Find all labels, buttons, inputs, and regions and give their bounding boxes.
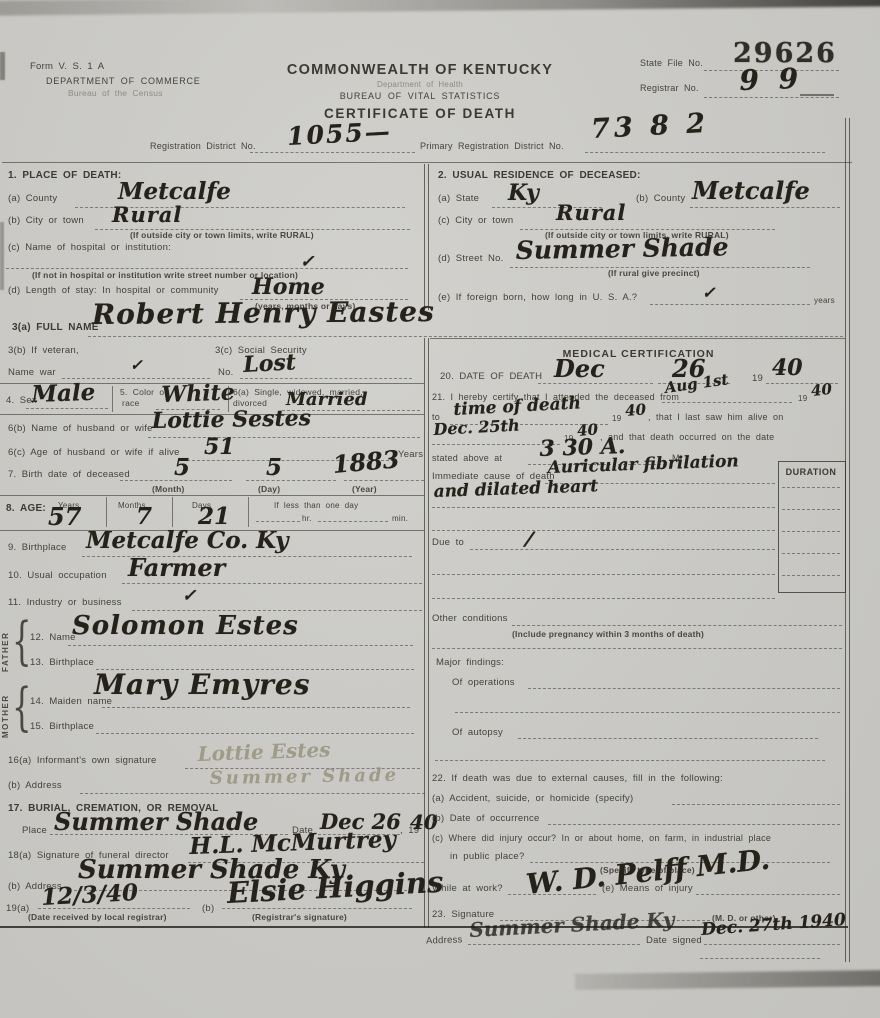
color-race-value: White: [161, 379, 235, 408]
birth-day-note: (Day): [258, 485, 280, 494]
registrar-received-label: 19(a): [6, 904, 29, 915]
residence-county-label: (b) County: [636, 194, 685, 205]
age-hr-line: [256, 521, 300, 522]
due-to-line: [470, 549, 775, 550]
major-findings-label: Major findings:: [436, 658, 504, 669]
mother-birthplace-line: [96, 733, 414, 734]
registrar-sig-b-label: (b): [202, 904, 214, 915]
spouse-age-label: 6(c) Age of husband or wife if alive: [8, 448, 180, 459]
bottom-right-extra-line: [700, 958, 820, 959]
spouse-age-value: 51: [204, 434, 235, 460]
age-months-value: 7: [136, 503, 152, 530]
certify-to-19: 19: [612, 414, 621, 423]
residence-state-value: Ky: [508, 180, 539, 206]
accident-line: [672, 804, 840, 805]
age-heading: 8. AGE:: [6, 503, 46, 515]
of-operations-line2: [455, 712, 840, 713]
physician-address-label: Address: [426, 935, 463, 947]
place-city-value: Rural: [112, 202, 182, 227]
duration-label: DURATION: [778, 467, 844, 477]
mother-side-label: MOTHER: [1, 686, 10, 738]
place-city-note: (If outside city or town limits, write R…: [130, 231, 314, 240]
mother-brace: {: [12, 678, 31, 738]
veteran-label: 3(b) If veteran,: [8, 346, 79, 357]
residence-street-note: (If rural give precinct): [608, 269, 700, 278]
birth-day-line: [246, 480, 336, 481]
physician-address-line: [468, 944, 640, 945]
cause-line3: [432, 530, 775, 531]
other-conditions-label: Other conditions: [432, 614, 508, 625]
spouse-name-line: [148, 437, 420, 438]
foreign-born-checkmark: ✓: [702, 283, 715, 302]
certify-to-year: 40: [624, 400, 646, 420]
ssn-value: Lost: [243, 349, 297, 378]
certify-from-year: 40: [810, 380, 833, 400]
column-divider: [424, 338, 429, 928]
scan-smudge-bottom: [575, 970, 880, 990]
lastsaw-value: Dec. 25th: [433, 416, 520, 439]
mother-name-line: [102, 707, 410, 708]
injury-where-label2: in public place?: [450, 852, 525, 863]
of-autopsy-line2: [435, 760, 825, 761]
row-rule: [0, 495, 424, 496]
external-causes-heading: 22. If death was due to external causes,…: [432, 774, 723, 785]
other-conditions-note: (Include pregnancy within 3 months of de…: [512, 630, 704, 639]
of-operations-line: [528, 688, 840, 689]
bureau-census: Bureau of the Census: [68, 89, 163, 99]
duration-row-line: [782, 553, 840, 554]
father-name-label: 12. Name: [30, 633, 76, 644]
residence-city-label: (c) City or town: [438, 216, 513, 227]
registration-district-value: 1055—: [286, 117, 392, 151]
other-conditions-line: [512, 625, 842, 626]
occupation-value: Farmer: [128, 553, 225, 582]
spouse-name-label: 6(b) Name of husband or wife: [8, 424, 153, 435]
spouse-name-value: Lottie Sestes: [152, 405, 312, 434]
birth-year-note: (Year): [352, 485, 377, 494]
cell-divider: [112, 386, 113, 412]
duration-row-line: [782, 531, 840, 532]
certify-from-line: [662, 402, 792, 403]
certify-line2: , that I last saw him alive on: [648, 412, 784, 422]
duration-row-line: [782, 575, 840, 576]
dept-health: Department of Health: [280, 80, 560, 89]
commonwealth-title: COMMONWEALTH OF KENTUCKY: [280, 62, 560, 78]
form-code: Form V. S. 1 A: [30, 62, 104, 73]
registrar-received-value: 12/3/40: [41, 879, 139, 911]
residence-street-value: Summer Shade: [515, 232, 728, 265]
primary-district-label: Primary Registration District No.: [420, 141, 564, 151]
sex-line: [26, 408, 108, 409]
duration-box: [778, 461, 846, 593]
header-divider-line: [2, 162, 852, 163]
occurrence-date-label: (b) Date of occurrence: [432, 814, 540, 825]
place-county-label: (a) County: [8, 194, 57, 205]
physician-address-value: Summer Shade Ky: [469, 907, 675, 942]
mother-birthplace-label: 15. Birthplace: [30, 722, 94, 733]
certify-from-19: 19: [798, 394, 807, 403]
certificate-title: CERTIFICATE OF DEATH: [280, 106, 560, 121]
place-county-value: Metcalfe: [118, 178, 231, 205]
birth-month-note: (Month): [152, 485, 185, 494]
dept-commerce: DEPARTMENT OF COMMERCE: [46, 76, 201, 86]
primary-district-value: 73 8 2: [590, 108, 709, 145]
place-of-death-heading: 1. PLACE OF DEATH:: [8, 170, 121, 182]
informant-address-value: Summer Shade: [210, 765, 400, 789]
cause-value2: and dilated heart: [433, 476, 598, 502]
residence-street-label: (d) Street No.: [438, 254, 504, 265]
death-certificate-scan: Form V. S. 1 A DEPARTMENT OF COMMERCE Bu…: [0, 0, 880, 1018]
informant-signature-label: 16(a) Informant's own signature: [8, 756, 157, 767]
birth-year-value: 1883: [331, 444, 400, 479]
of-operations-label: Of operations: [452, 678, 515, 689]
date-of-death-month-line: [538, 383, 653, 384]
date-of-death-19: 19: [752, 374, 763, 385]
veteran-name-war-label: Name war: [8, 368, 56, 379]
date-of-death-label: 20. DATE OF DEATH: [440, 372, 542, 383]
major-findings-top-line: [432, 648, 842, 649]
father-brace: {: [12, 612, 31, 672]
of-autopsy-line: [518, 738, 818, 739]
color-race-label2: race: [122, 399, 140, 409]
father-name-value: Solomon Estes: [72, 611, 299, 641]
age-less-than-day-label: If less than one day: [274, 501, 358, 510]
accident-label: (a) Accident, suicide, or homicide (spec…: [432, 794, 633, 805]
duration-row-line: [782, 509, 840, 510]
date-of-death-year: 40: [772, 355, 803, 381]
medical-top-rule: [430, 338, 845, 339]
full-name-value: Robert Henry Eastes: [92, 295, 435, 331]
residence-county-value: Metcalfe: [692, 176, 810, 205]
registrar-no-label: Registrar No.: [640, 83, 699, 93]
hospital-label: (c) Name of hospital or institution:: [8, 243, 171, 254]
state-file-label: State File No.: [640, 58, 703, 68]
foreign-born-line: [650, 304, 810, 305]
cell-divider: [106, 497, 107, 527]
date-signed-label: Date signed: [646, 936, 702, 947]
informant-address-label: (b) Address: [8, 781, 62, 792]
foreign-born-years-suffix: years: [814, 296, 835, 305]
due-to-line2: [432, 574, 775, 575]
primary-district-line: [585, 152, 825, 153]
place-city-label: (b) City or town: [8, 216, 84, 227]
father-name-line: [68, 645, 413, 646]
duration-row-line: [782, 487, 840, 488]
certify-line3: , and that death occurred on the date: [600, 432, 774, 442]
occurrence-date-line: [548, 824, 840, 825]
ssn-no-label: No.: [218, 368, 234, 379]
hospital-checkmark: ✓: [300, 252, 314, 272]
age-years-value: 57: [48, 502, 81, 531]
injury-where-label1: (c) Where did injury occur? In or about …: [432, 833, 771, 843]
birth-day-value: 5: [266, 454, 282, 481]
age-min-label: min.: [392, 514, 408, 523]
age-hr-label: hr.: [302, 514, 312, 523]
burial-place-label: Place: [22, 826, 47, 837]
age-min-line: [318, 521, 388, 522]
hospital-line: [6, 268, 408, 269]
father-side-label: FATHER: [1, 620, 10, 672]
occupation-line: [122, 583, 422, 584]
due-to-line3: [432, 598, 775, 599]
industry-label: 11. Industry or business: [8, 598, 122, 609]
birth-date-label: 7. Birth date of deceased: [8, 470, 130, 481]
cause-line2: [432, 507, 775, 508]
of-autopsy-label: Of autopsy: [452, 728, 503, 739]
ssn-line: [240, 378, 412, 379]
mother-name-value: Mary Emyres: [94, 668, 310, 701]
registrar-received-note: (Date received by local registrar): [28, 913, 167, 922]
registration-district-label: Registration District No.: [150, 141, 256, 151]
foreign-born-label: (e) If foreign born, how long in U. S. A…: [438, 293, 637, 304]
registrar-no-value: 9 9: [739, 62, 804, 97]
registration-district-line: [250, 152, 415, 153]
full-name-label: 3(a) FULL NAME: [12, 322, 99, 334]
birthplace-label: 9. Birthplace: [8, 543, 67, 554]
scan-smudge-top: [0, 0, 880, 16]
industry-checkmark: ✓: [182, 586, 196, 606]
informant-signature-value: Lottie Estes: [197, 737, 331, 766]
occupation-label: 10. Usual occupation: [8, 571, 107, 582]
cell-divider: [172, 497, 173, 527]
length-of-stay-label: (d) Length of stay: In hospital or commu…: [8, 286, 219, 297]
registrar-dash-stroke: [800, 94, 834, 96]
spouse-age-years-suffix: Years: [398, 450, 423, 461]
birth-year-line: [344, 480, 424, 481]
residence-county-line: [690, 207, 840, 208]
cell-divider: [248, 497, 249, 527]
veteran-checkmark: ✓: [130, 356, 143, 374]
age-days-value: 21: [198, 503, 230, 530]
registrar-no-line: [704, 97, 839, 98]
full-name-line: [88, 336, 843, 337]
scan-edge-mark: [0, 222, 4, 290]
residence-city-value: Rural: [556, 200, 626, 225]
residence-state-label: (a) State: [438, 194, 479, 205]
birth-month-value: 5: [174, 454, 190, 481]
bureau-vital-statistics: BUREAU OF VITAL STATISTICS: [280, 91, 560, 101]
father-birthplace-label: 13. Birthplace: [30, 658, 94, 669]
means-of-injury-line: [696, 894, 840, 895]
sex-value: Male: [31, 379, 96, 408]
residence-heading: 2. USUAL RESIDENCE OF DECEASED:: [438, 170, 641, 182]
date-of-death-month: Dec: [554, 354, 605, 383]
color-race-label: 5. Color or: [120, 388, 167, 398]
registrar-sig-note: (Registrar's signature): [252, 913, 347, 922]
certify-line4: stated above at: [432, 453, 502, 463]
informant-address-line: [80, 793, 425, 794]
column-divider: [424, 164, 429, 310]
scan-edge-mark: [0, 52, 5, 80]
due-to-label: Due to: [432, 538, 464, 549]
birthplace-value: Metcalfe Co. Ky: [86, 527, 288, 554]
date-signed-line: [704, 944, 840, 945]
